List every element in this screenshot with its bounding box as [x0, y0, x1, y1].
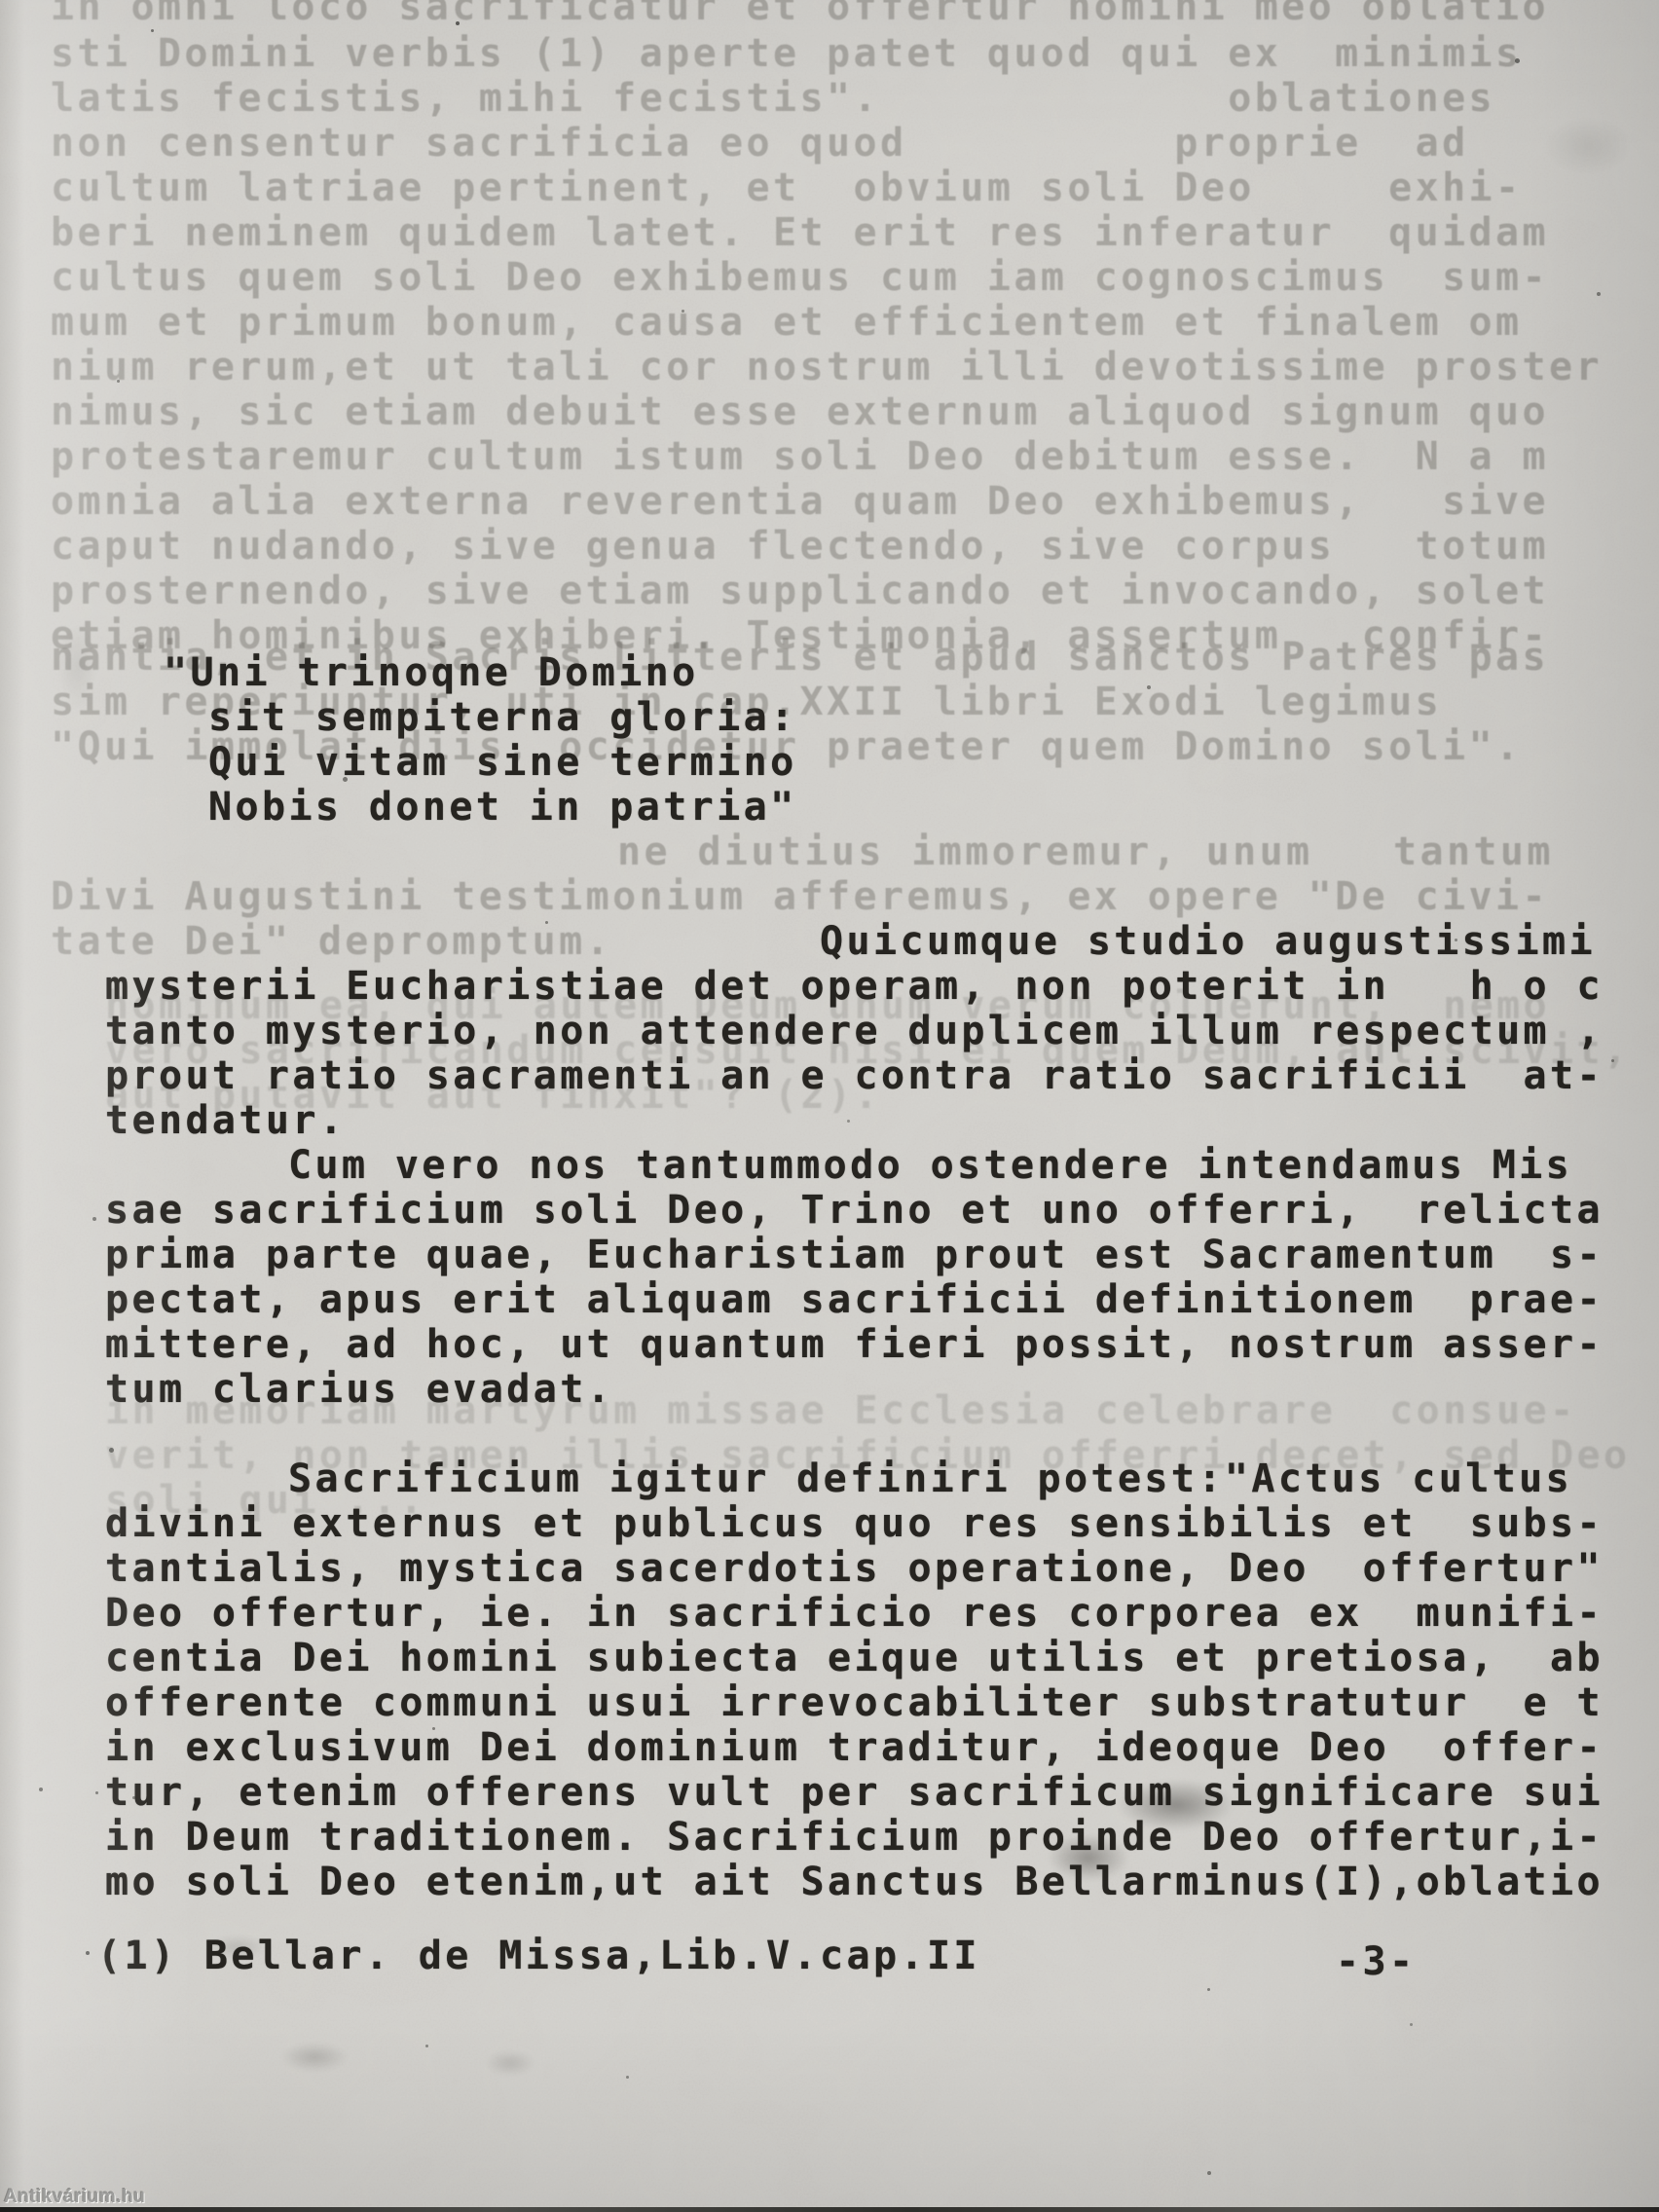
scanned-typewritten-page: in omni loco sacrificatur et offertur no… — [0, 0, 1659, 2212]
dust-speck — [92, 1217, 96, 1221]
dust-speck — [1207, 2171, 1211, 2175]
dust-speck — [1485, 1312, 1488, 1315]
dust-speck — [1207, 1988, 1210, 1991]
dust-speck — [117, 380, 120, 383]
dust-speck — [847, 1120, 850, 1123]
bottom-scan-edge — [0, 2207, 1659, 2212]
ink-smudge — [1544, 117, 1632, 175]
dust-speck — [86, 1951, 90, 1955]
dust-speck — [1147, 685, 1151, 689]
dust-speck — [432, 1727, 435, 1730]
dust-speck — [1455, 939, 1457, 941]
dust-speck — [1597, 292, 1601, 296]
ink-smudge — [58, 623, 97, 711]
ink-smudge — [1048, 1834, 1129, 1881]
dust-speck — [682, 310, 684, 313]
dust-speck — [151, 29, 154, 32]
ink-smudge — [485, 2050, 535, 2076]
scan-artifacts-layer — [0, 0, 1659, 2212]
dust-speck — [626, 2076, 629, 2079]
dust-speck — [95, 1791, 98, 1794]
dust-speck — [545, 921, 548, 924]
dust-speck — [1611, 1059, 1614, 1062]
ink-smudge — [280, 2043, 349, 2072]
dust-speck — [343, 777, 348, 782]
ink-smudge — [208, 1935, 267, 1959]
dust-speck — [1410, 2023, 1413, 2026]
dust-speck — [425, 2045, 428, 2047]
dust-speck — [1515, 58, 1520, 63]
ink-smudge — [1118, 1780, 1235, 1830]
dust-speck — [456, 21, 460, 25]
watermark: Antikvárium.hu — [4, 2187, 145, 2208]
dust-speck — [132, 1796, 135, 1799]
dust-speck — [39, 1788, 43, 1791]
dust-speck — [109, 1448, 114, 1453]
